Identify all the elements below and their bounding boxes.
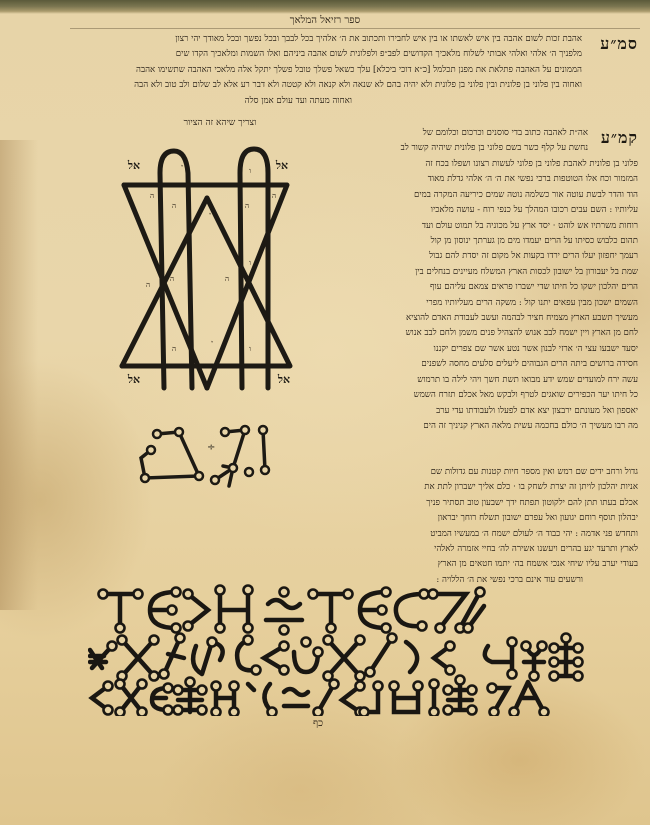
seal-sigil: ÷: [133, 420, 273, 490]
text-line: עשה ירח למועדים שמש ידע מבואו תשת חשך וי…: [338, 373, 638, 388]
text-line: יבהלון תוסף רוחם יגועון ואל עפרם ישובון …: [293, 511, 638, 526]
text-line: מעשיך תשבע הארץ מצמיח חציר לבהמה ועשב לע…: [338, 311, 638, 326]
text-line: שמת בל יעבורון בל ישובון לכסות הארץ המשל…: [338, 265, 638, 280]
svg-text:ה: ה: [172, 345, 176, 353]
text-line: גדול ורחב ידים שם רמש ואין מספר חיות קטנ…: [293, 465, 638, 480]
svg-text:ה: ה: [245, 202, 249, 210]
section-mark-top: סמ״ע: [600, 34, 638, 54]
svg-text:÷: ÷: [207, 442, 215, 453]
svg-text:ה: ה: [272, 192, 276, 200]
text-line: רוחות משרתיו אש לוהט · יסד ארץ על מכוניה…: [338, 219, 638, 234]
text-line: לארץ ותרעד יגע בהרים ויעשנו אשירה לה׳ בח…: [293, 542, 638, 557]
svg-text:ו: ו: [249, 259, 251, 267]
top-paragraph: אהבת זכות לשום אהבה בין איש לאשתו או בין…: [17, 32, 582, 109]
header-rule: [70, 28, 640, 29]
svg-text:ה: ה: [150, 192, 154, 200]
right-column-lower: גדול ורחב ידים שם רמש ואין מספר חיות קטנ…: [293, 465, 638, 588]
text-line: הוד והדר לבשת עוטה אור כשלמה נוטה שמים כ…: [338, 188, 638, 203]
svg-text:ו: ו: [249, 167, 251, 175]
text-line: אניות יהלכון לויתן זה יצרת לשחק בו · כלם…: [293, 480, 638, 495]
text-line: יאספון ואל מעונתם ירבצון יצא אדם לפעלו ו…: [338, 404, 638, 419]
text-line: בעודי יערב עליו שיחי אנכי אשמח בה׳ יתמו …: [293, 557, 638, 572]
manuscript-page: ספר רזיאל המלאך סמ״ע אהבת זכות לשום אהבה…: [0, 0, 650, 825]
diagram-caption: וצריך שיהא זה הציור: [150, 117, 290, 128]
text-line: רעמך יחפזון יעלו הרים ירדו בקעות אל מקום…: [338, 249, 638, 264]
text-line: ותחדש פני אדמה : יהי כבוד ה׳ לעולם ישמח …: [293, 527, 638, 542]
section-mark-right: קמ״ע: [601, 128, 638, 148]
text-line: מלפניך ה׳ אלהי ואלהי אבותי לשלוח מלאכיך …: [17, 47, 582, 62]
text-line: נחשת על קלף כשר בשם פלוני בן פלונית שיהי…: [338, 141, 588, 156]
text-line: אכלם בעתו תתן להם ילקוטון תפתח ידך ישבעו…: [293, 496, 638, 511]
page-top-edge: [0, 0, 650, 14]
text-line: המזמור וכח אלו הטוטפות ברכי נפשי את ה׳ ה…: [338, 172, 638, 187]
right-column-paragraph: אה״ת לאהבה כתוב בדי סוסנים וכרכום וכלומם…: [338, 126, 588, 157]
corner-label-br: אל: [277, 373, 290, 386]
svg-text:ו: ו: [249, 345, 251, 353]
hexagram-diagram: אל אל אל אל י ו ה ה ה ה י ו ה ה ה ה י ו: [112, 143, 302, 393]
text-line: השמים ישכון מבין עפאים יתנו קול : משקה ה…: [338, 296, 638, 311]
page-fold-stain: [0, 140, 38, 610]
text-line: אה״ת לאהבה כתוב בדי סוסנים וכרכום וכלומם…: [338, 126, 588, 141]
svg-text:י: י: [209, 211, 211, 219]
text-line: הרים יהלכון ישקו כל חיתו שדי ישברו פראים…: [338, 280, 638, 295]
angelic-script: [88, 576, 628, 716]
text-line: לחם מן הארץ ויין ישמח לבב אנוש להצהיל פנ…: [338, 326, 638, 341]
right-column-body: פלוני בן פלונית לאהבת פלוני בן פלוני לעש…: [338, 157, 638, 434]
text-line: כל חיתו יער הכפירים שואגים לטרף ולבקש מא…: [338, 388, 638, 403]
text-line: עליותיו : השם עבים רכובו המהלך על כנפי ר…: [338, 203, 638, 218]
text-line: ואחוה בין פלוני בן פלונית ובין פלוני בן …: [17, 78, 582, 93]
svg-text:י: י: [211, 339, 213, 347]
text-line: הממונים על האהבה פתלאת את מפנן תכלמל [כ״…: [17, 63, 582, 78]
svg-text:י: י: [181, 163, 183, 171]
text-line: ואחוה מעתה ועד עולם אמן סלה: [17, 94, 582, 109]
corner-label-tl: אל: [127, 159, 140, 172]
svg-text:ה: ה: [225, 275, 229, 283]
svg-text:ה: ה: [146, 281, 150, 289]
running-head: ספר רזיאל המלאך: [0, 15, 650, 26]
text-line: אהבת זכות לשום אהבה בין איש לאשתו או בין…: [17, 32, 582, 47]
text-line: יסעד ישבעו עצי ה׳ ארזי לבנון אשר נטע אשר…: [338, 342, 638, 357]
svg-text:ה: ה: [170, 275, 174, 283]
text-line: תהום כלבוש כסיתו על הרים יעמדו מים מן גע…: [338, 234, 638, 249]
corner-label-tr: אל: [275, 159, 288, 172]
corner-label-bl: אל: [127, 373, 140, 386]
folio-number: כף: [313, 718, 323, 729]
text-line: פלוני בן פלונית לאהבת פלוני בן פלוני לעש…: [338, 157, 638, 172]
text-line: מה רבו מעשיך ה׳ כולם בחכמה עשית מלאה האר…: [338, 419, 638, 434]
svg-text:ה: ה: [172, 202, 176, 210]
text-line: חסידה ברושים ביתה הרים הגבוהים ליעלים סל…: [338, 357, 638, 372]
